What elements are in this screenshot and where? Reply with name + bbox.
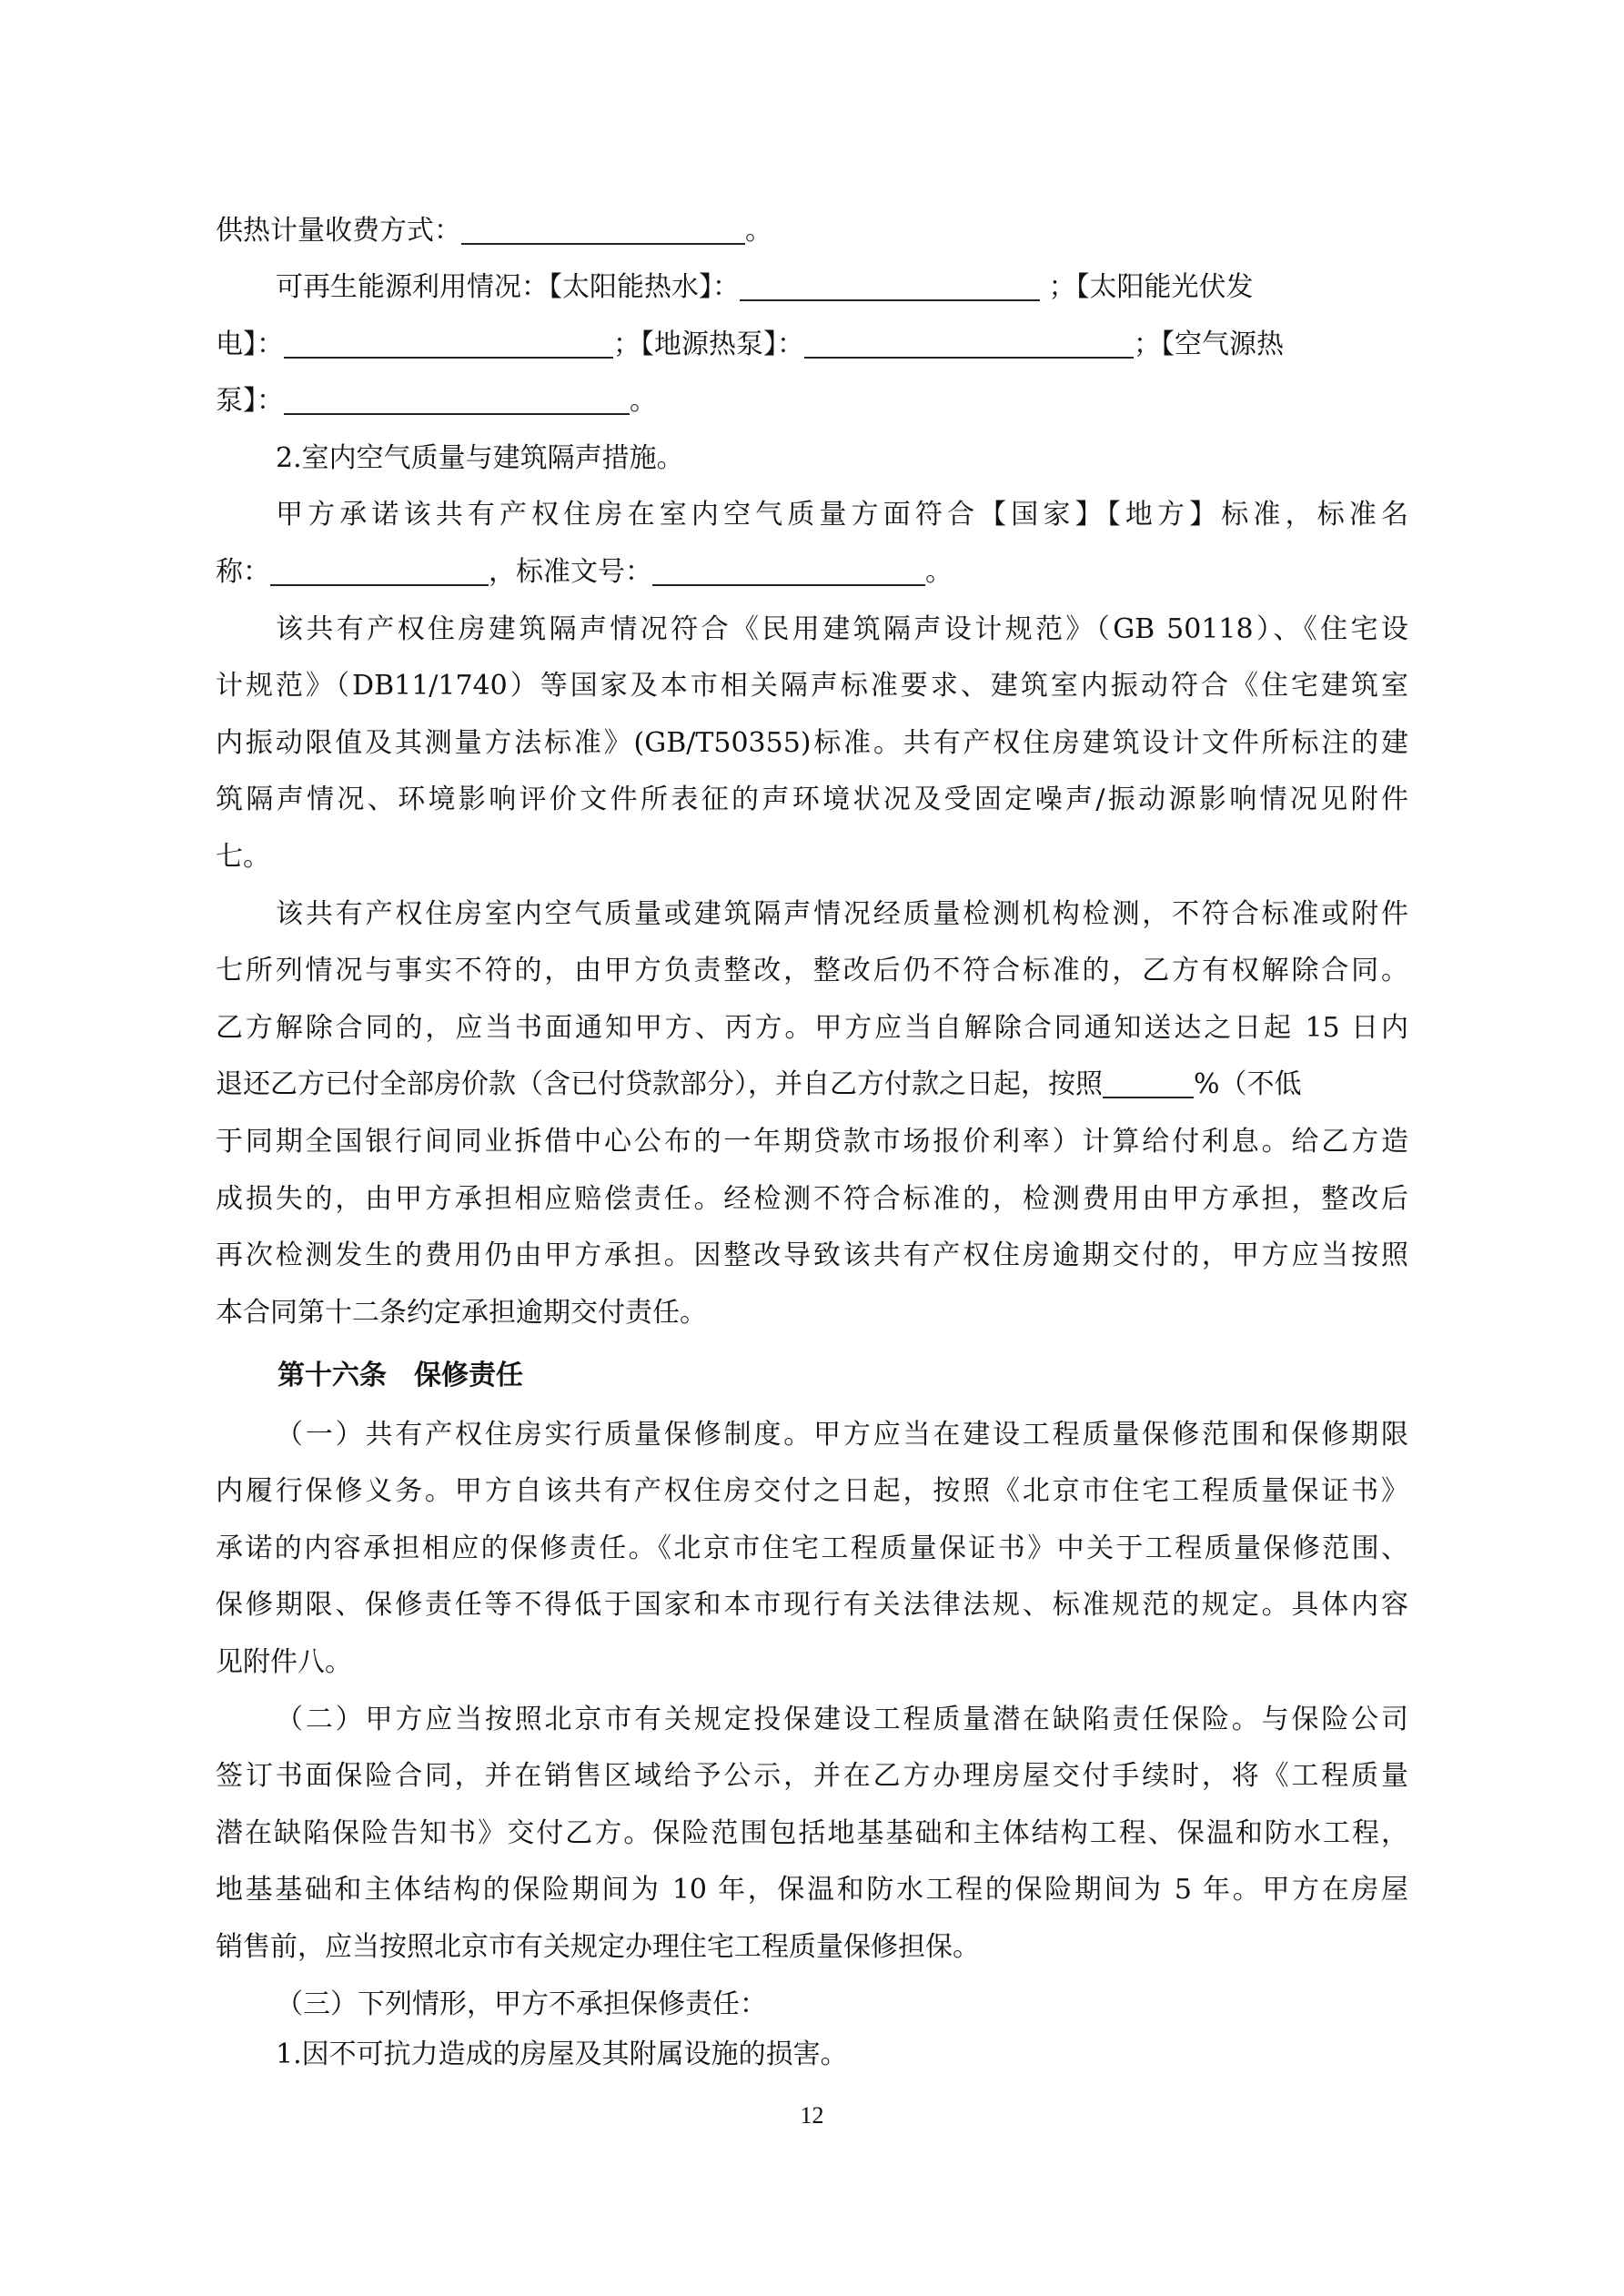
ground-source-label: ；【地源热泵】： xyxy=(613,329,804,360)
paragraph-text: （三）下列情形，甲方不承担保修责任： xyxy=(276,1988,767,2020)
paragraph-text: 内振动限值及其测量方法标准》(GB/T50355)标准。共有产权住房建筑设计文件… xyxy=(216,727,1408,759)
paragraph-text: 内履行保修义务。甲方自该共有产权住房交付之日起，按照《北京市住宅工程质量保证书》 xyxy=(216,1475,1408,1507)
renewable-energy-line: 可再生能源利用情况：【太阳能热水】： ；【太阳能光伏发 xyxy=(216,259,1408,316)
paragraph-line: 潜在缺陷保险告知书》交付乙方。保险范围包括地基基础和主体结构工程、保温和防水工程… xyxy=(216,1805,1408,1862)
paragraph-line: （一）共有产权住房实行质量保修制度。甲方应当在建设工程质量保修范围和保修期限 xyxy=(216,1407,1408,1463)
paragraph-text: 地基基础和主体结构的保险期间为 10 年，保温和防水工程的保险期间为 5 年。甲… xyxy=(216,1874,1408,1906)
paragraph-line: 保修期限、保修责任等不得低于国家和本市现行有关法律法规、标准规范的规定。具体内容 xyxy=(216,1577,1408,1633)
solar-pv-label-end: 电】： xyxy=(216,329,284,360)
paragraph-line: 筑隔声情况、环境影响评价文件所表征的声环境状况及受固定噪声/振动源影响情况见附件 xyxy=(216,772,1408,828)
paragraph-line: 再次检测发生的费用仍由甲方承担。因整改导致该共有产权住房逾期交付的，甲方应当按照 xyxy=(216,1228,1408,1284)
air-source-label-end: 泵】： xyxy=(216,385,284,417)
heating-billing-blank[interactable] xyxy=(461,216,745,245)
renewable-energy-line-2: 电】：；【地源热泵】：；【空气源热 xyxy=(216,317,1408,373)
paragraph-text: 见附件八。 xyxy=(216,1646,352,1678)
section-2-title: 2.室内空气质量与建筑隔声措施。 xyxy=(216,430,1408,487)
paragraph-line: 该共有产权住房建筑隔声情况符合《民用建筑隔声设计规范》（GB 50118）、《住… xyxy=(216,602,1408,658)
paragraph-line: 内振动限值及其测量方法标准》(GB/T50355)标准。共有产权住房建筑设计文件… xyxy=(216,715,1408,772)
standard-number-label: ，标准文号： xyxy=(489,556,652,588)
solar-pv-label: ；【太阳能光伏发 xyxy=(1040,271,1254,303)
paragraph-text: （一）共有产权住房实行质量保修制度。甲方应当在建设工程质量保修范围和保修期限 xyxy=(276,1419,1408,1451)
paragraph-text: 筑隔声情况、环境影响评价文件所表征的声环境状况及受固定噪声/振动源影响情况见附件 xyxy=(216,784,1408,815)
standard-name-blank[interactable] xyxy=(270,557,489,586)
solar-pv-blank[interactable] xyxy=(284,329,613,359)
paragraph-text: %（不低 xyxy=(1194,1068,1302,1100)
interest-rate-line: 退还乙方已付全部房价款（含已付贷款部分），并自乙方付款之日起，按照%（不低 xyxy=(216,1057,1408,1113)
article-16-heading: 第十六条 保修责任 xyxy=(277,1348,523,1404)
paragraph-text: 退还乙方已付全部房价款（含已付贷款部分），并自乙方付款之日起，按照 xyxy=(216,1068,1103,1100)
paragraph-line: 地基基础和主体结构的保险期间为 10 年，保温和防水工程的保险期间为 5 年。甲… xyxy=(216,1862,1408,1918)
paragraph-line: 成损失的，由甲方承担相应赔偿责任。经检测不符合标准的，检测费用由甲方承担，整改后 xyxy=(216,1171,1408,1228)
paragraph-text: 计规范》（DB11/1740）等国家及本市相关隔声标准要求、建筑室内振动符合《住… xyxy=(216,670,1408,702)
renewable-energy-line-3: 泵】：。 xyxy=(216,373,1408,430)
interest-rate-blank[interactable] xyxy=(1103,1069,1194,1098)
paragraph-line: 甲方承诺该共有产权住房在室内空气质量方面符合【国家】【地方】标准，标准名 xyxy=(216,487,1408,543)
paragraph-text: 签订书面保险合同，并在销售区域给予公示，并在乙方办理房屋交付手续时，将《工程质量 xyxy=(216,1760,1408,1792)
paragraph-line: 该共有产权住房室内空气质量或建筑隔声情况经质量检测机构检测，不符合标准或附件 xyxy=(216,886,1408,943)
renewable-label: 可再生能源利用情况：【太阳能热水】： xyxy=(276,271,740,303)
paragraph-line: 见附件八。 xyxy=(216,1634,1408,1691)
paragraph-text: 潜在缺陷保险告知书》交付乙方。保险范围包括地基基础和主体结构工程、保温和防水工程… xyxy=(216,1817,1408,1849)
list-item: 1.因不可抗力造成的房屋及其附属设施的损害。 xyxy=(216,2027,1408,2083)
article-heading-text: 第十六条 保修责任 xyxy=(277,1360,523,1391)
paragraph-line: 乙方解除合同的，应当书面通知甲方、丙方。甲方应当自解除合同通知送达之日起 15 … xyxy=(216,1000,1408,1057)
paragraph-text: 于同期全国银行间同业拆借中心公布的一年期贷款市场报价利率）计算给付利息。给乙方造 xyxy=(216,1126,1408,1158)
standard-number-blank[interactable] xyxy=(652,557,925,586)
paragraph-line: （二）甲方应当按照北京市有关规定投保建设工程质量潜在缺陷责任保险。与保险公司 xyxy=(216,1692,1408,1748)
paragraph-line: 签订书面保险合同，并在销售区域给予公示，并在乙方办理房屋交付手续时，将《工程质量 xyxy=(216,1748,1408,1805)
list-item-text: 1.因不可抗力造成的房屋及其附属设施的损害。 xyxy=(276,2038,848,2070)
ground-source-blank[interactable] xyxy=(804,329,1134,359)
paragraph-line: （三）下列情形，甲方不承担保修责任： xyxy=(216,1977,1408,2033)
paragraph-text: 成损失的，由甲方承担相应赔偿责任。经检测不符合标准的，检测费用由甲方承担，整改后 xyxy=(216,1183,1408,1215)
paragraph-line: 内履行保修义务。甲方自该共有产权住房交付之日起，按照《北京市住宅工程质量保证书》 xyxy=(216,1463,1408,1520)
paragraph-text: 该共有产权住房室内空气质量或建筑隔声情况经质量检测机构检测，不符合标准或附件 xyxy=(276,898,1408,930)
solar-water-blank[interactable] xyxy=(740,272,1040,301)
paragraph-text: 保修期限、保修责任等不得低于国家和本市现行有关法律法规、标准规范的规定。具体内容 xyxy=(216,1589,1408,1621)
paragraph-text: 再次检测发生的费用仍由甲方承担。因整改导致该共有产权住房逾期交付的，甲方应当按照 xyxy=(216,1239,1408,1271)
paragraph-line: 本合同第十二条约定承担逾期交付责任。 xyxy=(216,1285,1408,1341)
air-source-blank[interactable] xyxy=(284,386,630,415)
paragraph-line: 计规范》（DB11/1740）等国家及本市相关隔声标准要求、建筑室内振动符合《住… xyxy=(216,658,1408,714)
page-number: 12 xyxy=(0,2102,1624,2129)
paragraph-text: 本合同第十二条约定承担逾期交付责任。 xyxy=(216,1297,707,1329)
paragraph-text: 销售前，应当按照北京市有关规定办理住宅工程质量保修担保。 xyxy=(216,1931,980,1963)
paragraph-line: 七所列情况与事实不符的，由甲方负责整改，整改后仍不符合标准的，乙方有权解除合同。 xyxy=(216,943,1408,999)
line-end: 。 xyxy=(630,385,657,417)
paragraph-line: 承诺的内容承担相应的保修责任。《北京市住宅工程质量保证书》中关于工程质量保修范围… xyxy=(216,1521,1408,1577)
paragraph-text: （二）甲方应当按照北京市有关规定投保建设工程质量潜在缺陷责任保险。与保险公司 xyxy=(276,1704,1408,1735)
paragraph-line: 七。 xyxy=(216,829,1408,885)
paragraph-text: 七。 xyxy=(216,841,270,873)
paragraph-line: 于同期全国银行间同业拆借中心公布的一年期贷款市场报价利率）计算给付利息。给乙方造 xyxy=(216,1114,1408,1170)
paragraph-line: 销售前，应当按照北京市有关规定办理住宅工程质量保修担保。 xyxy=(216,1919,1408,1976)
document-page: 供热计量收费方式：。 可再生能源利用情况：【太阳能热水】： ；【太阳能光伏发 电… xyxy=(0,0,1624,2296)
heating-billing-label: 供热计量收费方式： xyxy=(216,215,461,247)
heating-billing-line: 供热计量收费方式：。 xyxy=(216,203,1408,259)
standard-name-label: 称： xyxy=(216,556,270,588)
air-source-label: ；【空气源热 xyxy=(1134,329,1284,360)
standard-name-line: 称：，标准文号：。 xyxy=(216,544,1408,601)
paragraph-text: 承诺的内容承担相应的保修责任。《北京市住宅工程质量保证书》中关于工程质量保修范围… xyxy=(216,1532,1408,1564)
paragraph-text: 乙方解除合同的，应当书面通知甲方、丙方。甲方应当自解除合同通知送达之日起 15 … xyxy=(216,1012,1408,1044)
line-end: 。 xyxy=(745,215,772,247)
section-2-title-text: 2.室内空气质量与建筑隔声措施。 xyxy=(276,442,684,474)
line-end: 。 xyxy=(925,556,953,588)
paragraph-text: 甲方承诺该共有产权住房在室内空气质量方面符合【国家】【地方】标准，标准名 xyxy=(276,499,1408,531)
paragraph-text: 该共有产权住房建筑隔声情况符合《民用建筑隔声设计规范》（GB 50118）、《住… xyxy=(276,613,1408,645)
paragraph-text: 七所列情况与事实不符的，由甲方负责整改，整改后仍不符合标准的，乙方有权解除合同。 xyxy=(216,955,1408,986)
